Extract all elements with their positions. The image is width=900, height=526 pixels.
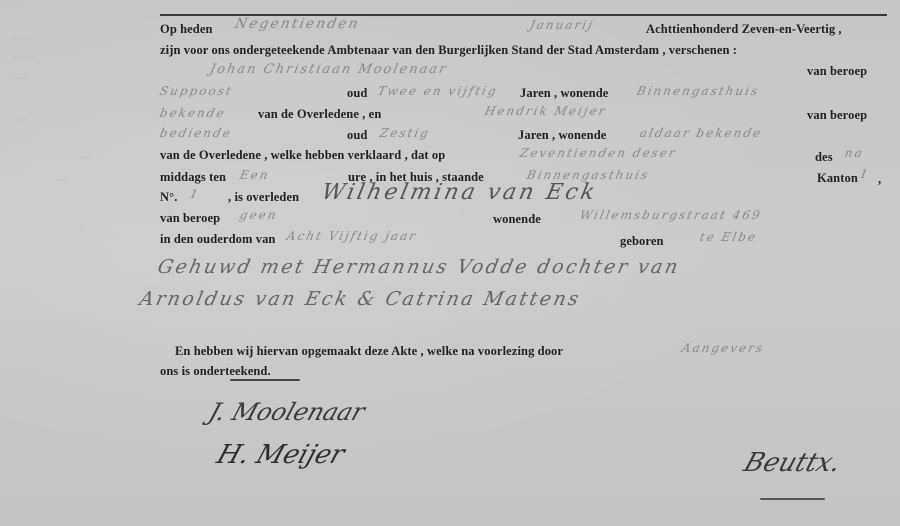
- handwritten-declarant1-relation: bekende: [159, 106, 228, 120]
- printed-number: N°.: [160, 190, 177, 205]
- signature-declarant2: H. Meijer: [213, 440, 348, 470]
- handwritten-day: Negentienden: [233, 16, 361, 32]
- printed-jaren-wonende: Jaren , wonende: [520, 86, 608, 101]
- printed-closing-line1: En hebben wij hiervan opgemaakt deze Akt…: [175, 344, 563, 359]
- printed-comma: ,: [878, 172, 881, 187]
- printed-closing-line2: ons is onderteekend.: [160, 364, 271, 379]
- handwritten-declarant2-occupation: bediende: [159, 126, 234, 140]
- printed-oud-2: oud: [347, 128, 367, 143]
- printed-intro: zijn voor ons ondergeteekende Ambtenaar …: [160, 43, 737, 58]
- printed-van-beroep: van beroep: [807, 64, 867, 79]
- bleed-through-text: ........: [10, 30, 32, 42]
- printed-is-overleden: , is overleden: [228, 190, 299, 205]
- bleed-through-text: ......: [10, 112, 27, 124]
- handwritten-declarant2-age: Zestig: [379, 126, 432, 140]
- handwritten-time-of-day: na: [844, 146, 866, 160]
- handwritten-declarant2-name: Hendrik Meijer: [484, 104, 608, 118]
- printed-year: Achttienhonderd Zeven-en-Veertig ,: [646, 22, 842, 37]
- bleed-through-text: .......: [10, 70, 29, 82]
- printed-geboren: geboren: [620, 234, 664, 249]
- handwritten-read-by: Aangevers: [681, 341, 766, 355]
- printed-van-de-overledene-en: van de Overledene , en: [258, 107, 381, 122]
- printed-welke-verklaard: van de Overledene , welke hebben verklaa…: [160, 148, 445, 163]
- document-page: ........ ......... ....... ...... .... .…: [0, 0, 900, 526]
- handwritten-kanton-no: 1: [859, 167, 872, 181]
- handwritten-declarant2-residence: aldaar bekende: [639, 126, 764, 140]
- handwritten-declarant1-residence: Binnengasthuis: [636, 84, 761, 98]
- handwritten-deceased-name: Wilhelmina van Eck: [319, 180, 599, 205]
- handwritten-declarant1-occupation: Suppoost: [159, 84, 235, 98]
- handwritten-declarant1-age: Twee en vijftig: [377, 84, 500, 98]
- handwritten-deceased-age: Acht Vijftig jaar: [286, 229, 419, 243]
- handwritten-house-no: 1: [189, 187, 202, 201]
- signature-registrar: Beuttx.: [740, 448, 845, 478]
- printed-jaren-wonende-2: Jaren , wonende: [518, 128, 606, 143]
- printed-van-beroep-2: van beroep: [807, 108, 867, 123]
- printed-middags-ten: middags ten: [160, 170, 226, 185]
- handwritten-spouse-line: Gehuwd met Hermannus Vodde dochter van: [156, 256, 683, 278]
- handwritten-death-date: Zeventienden deser: [519, 146, 679, 160]
- signature-declarant1: J. Moolenaar: [205, 398, 368, 426]
- underline-stroke: [230, 379, 300, 381]
- printed-wonende: wonende: [493, 212, 541, 227]
- handwritten-birthplace: te Elbe: [699, 230, 759, 244]
- handwritten-deceased-occupation: geen: [239, 208, 280, 222]
- registrar-underline-stroke: [760, 498, 825, 500]
- printed-kanton: Kanton: [817, 171, 858, 186]
- printed-van-beroep-3: van beroep: [160, 211, 220, 226]
- printed-op-heden: Op heden: [160, 22, 213, 37]
- bleed-through-text: ....: [80, 150, 91, 162]
- handwritten-parents-line: Arnoldus van Eck & Catrina Mattens: [138, 288, 583, 310]
- bleed-through-text: .....: [55, 172, 69, 184]
- printed-ouderdom: in den ouderdom van: [160, 232, 275, 247]
- handwritten-deceased-residence: Willemsburgstraat 469: [579, 208, 764, 222]
- handwritten-month: Januarij: [529, 18, 596, 32]
- handwritten-declarant1-name: Johan Christiaan Moolenaar: [208, 62, 449, 77]
- bleed-through-text: .........: [10, 50, 35, 62]
- printed-oud: oud: [347, 86, 367, 101]
- printed-des: des: [815, 150, 833, 165]
- handwritten-hour: Een: [239, 168, 272, 182]
